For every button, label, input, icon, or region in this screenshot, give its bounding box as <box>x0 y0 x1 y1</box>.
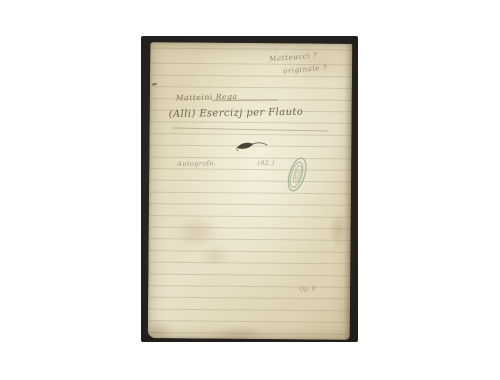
title-underline-stroke <box>173 128 329 132</box>
catalog-number: (92.) <box>257 159 275 167</box>
manuscript-cover-page: Matteucci ? originale ? Matteini Rega (A… <box>148 42 353 340</box>
title-line2: (Alli) Esercizj per Flauto <box>169 107 304 120</box>
photo-background: Matteucci ? originale ? Matteini Rega (A… <box>141 36 358 342</box>
pen-stroke <box>212 100 278 102</box>
pencil-note-line1: Matteucci ? <box>269 51 318 63</box>
pencil-note-line2: originale ? <box>283 64 328 75</box>
ink-speck <box>152 83 157 86</box>
opus-note: Op. 8 <box>299 285 316 293</box>
autograph-note: Autografo. <box>177 159 216 168</box>
digitized-manuscript-photo: Matteucci ? originale ? Matteini Rega (A… <box>0 0 500 380</box>
ink-flourish-icon <box>234 138 270 157</box>
collection-stamp-icon <box>282 151 312 201</box>
